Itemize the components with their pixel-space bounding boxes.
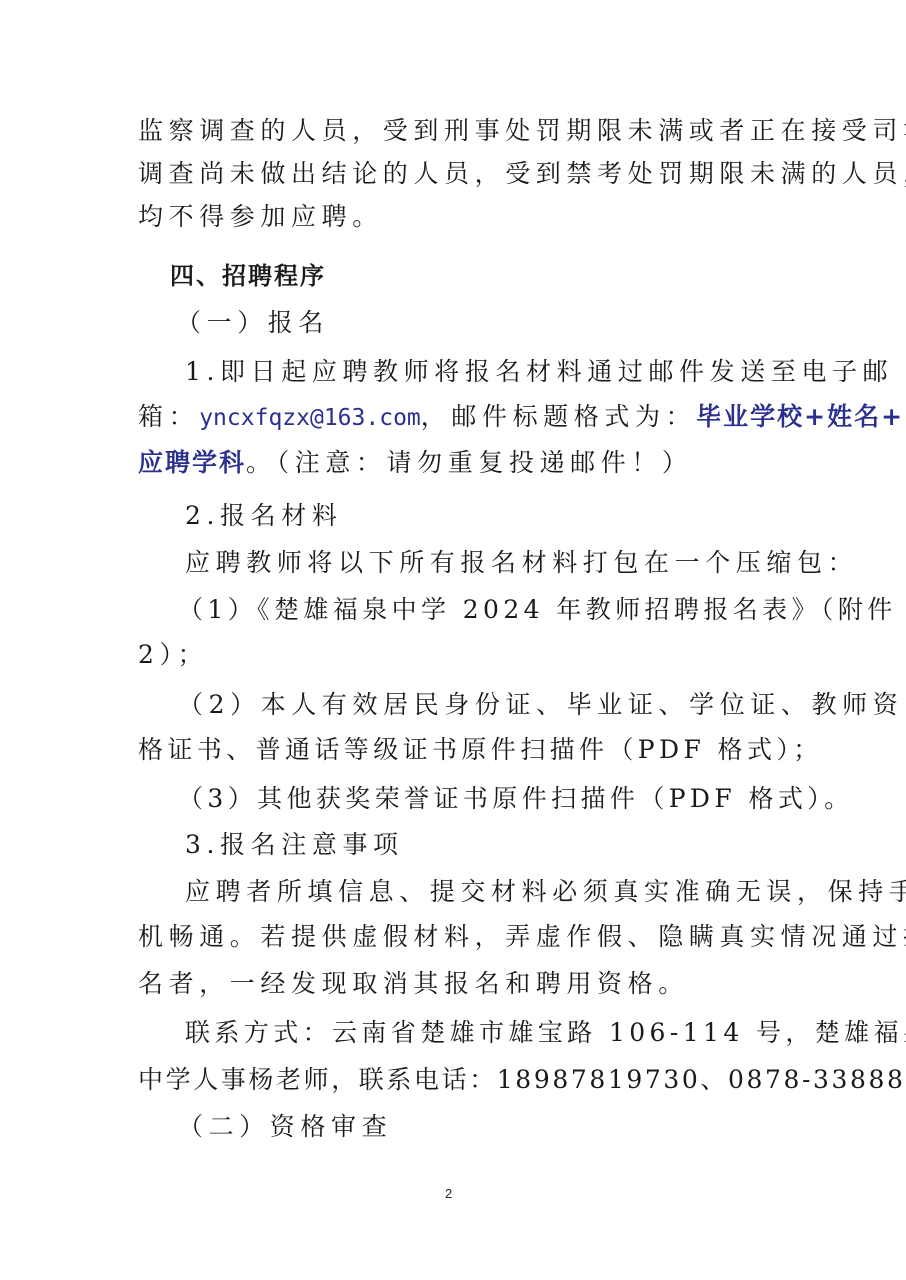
paragraph-line: 监察调查的人员，受到刑事处罚期限未满或者正在接受司法 [138, 114, 778, 148]
text-fragment: ，邮件标题格式为： [421, 402, 696, 431]
item-heading: 3.报名注意事项 [185, 828, 825, 862]
text-fragment: 箱： [138, 402, 199, 431]
list-item-line: 格证书、普通话等级证书原件扫描件（PDF 格式）； [138, 733, 778, 767]
list-item-line: （3）其他获奖荣誉证书原件扫描件（PDF 格式）。 [178, 782, 818, 816]
paragraph-line: 名者，一经发现取消其报名和聘用资格。 [138, 967, 778, 1001]
list-item-line: 2）； [138, 638, 778, 672]
page-number: 2 [445, 1186, 452, 1201]
section-heading: 四、招聘程序 [170, 259, 810, 293]
paragraph-line: 应聘者所填信息、提交材料必须真实准确无误，保持手 [185, 875, 825, 909]
subsection-heading: （二）资格审查 [178, 1110, 818, 1144]
subsection-heading: （一）报名 [176, 306, 816, 340]
subject-format-highlight: 应聘学科 [138, 448, 246, 477]
contact-line: 中学人事杨老师，联系电话：18987819730、0878-3388818。 [138, 1063, 778, 1097]
document-page: 监察调查的人员，受到刑事处罚期限未满或者正在接受司法 调查尚未做出结论的人员，受… [0, 0, 906, 1280]
paragraph-line: 机畅通。若提供虚假材料，弄虚作假、隐瞒真实情况通过报 [138, 920, 778, 954]
paragraph-line: 均不得参加应聘。 [138, 200, 778, 234]
paragraph-line: 箱：yncxfqzx@163.com，邮件标题格式为：毕业学校+姓名+ [138, 400, 778, 434]
contact-line: 联系方式：云南省楚雄市雄宝路 106-114 号，楚雄福泉 [185, 1016, 825, 1050]
paragraph-line: 1.即日起应聘教师将报名材料通过邮件发送至电子邮 [185, 355, 825, 389]
paragraph-line: 调查尚未做出结论的人员，受到禁考处罚期限未满的人员， [138, 157, 778, 191]
list-item-line: （2）本人有效居民身份证、毕业证、学位证、教师资 [178, 688, 818, 722]
paragraph-line: 应聘学科。（注意：请勿重复投递邮件！） [138, 446, 778, 480]
email-link[interactable]: yncxfqzx@163.com [199, 405, 421, 431]
list-item-line: （1）《楚雄福泉中学 2024 年教师招聘报名表》（附件 [178, 593, 818, 627]
subject-format-highlight: 毕业学校+姓名+ [696, 402, 904, 431]
item-heading: 2.报名材料 [185, 499, 825, 533]
text-fragment: 。（注意：请勿重复投递邮件！） [246, 448, 693, 477]
paragraph-line: 应聘教师将以下所有报名材料打包在一个压缩包： [185, 546, 825, 580]
